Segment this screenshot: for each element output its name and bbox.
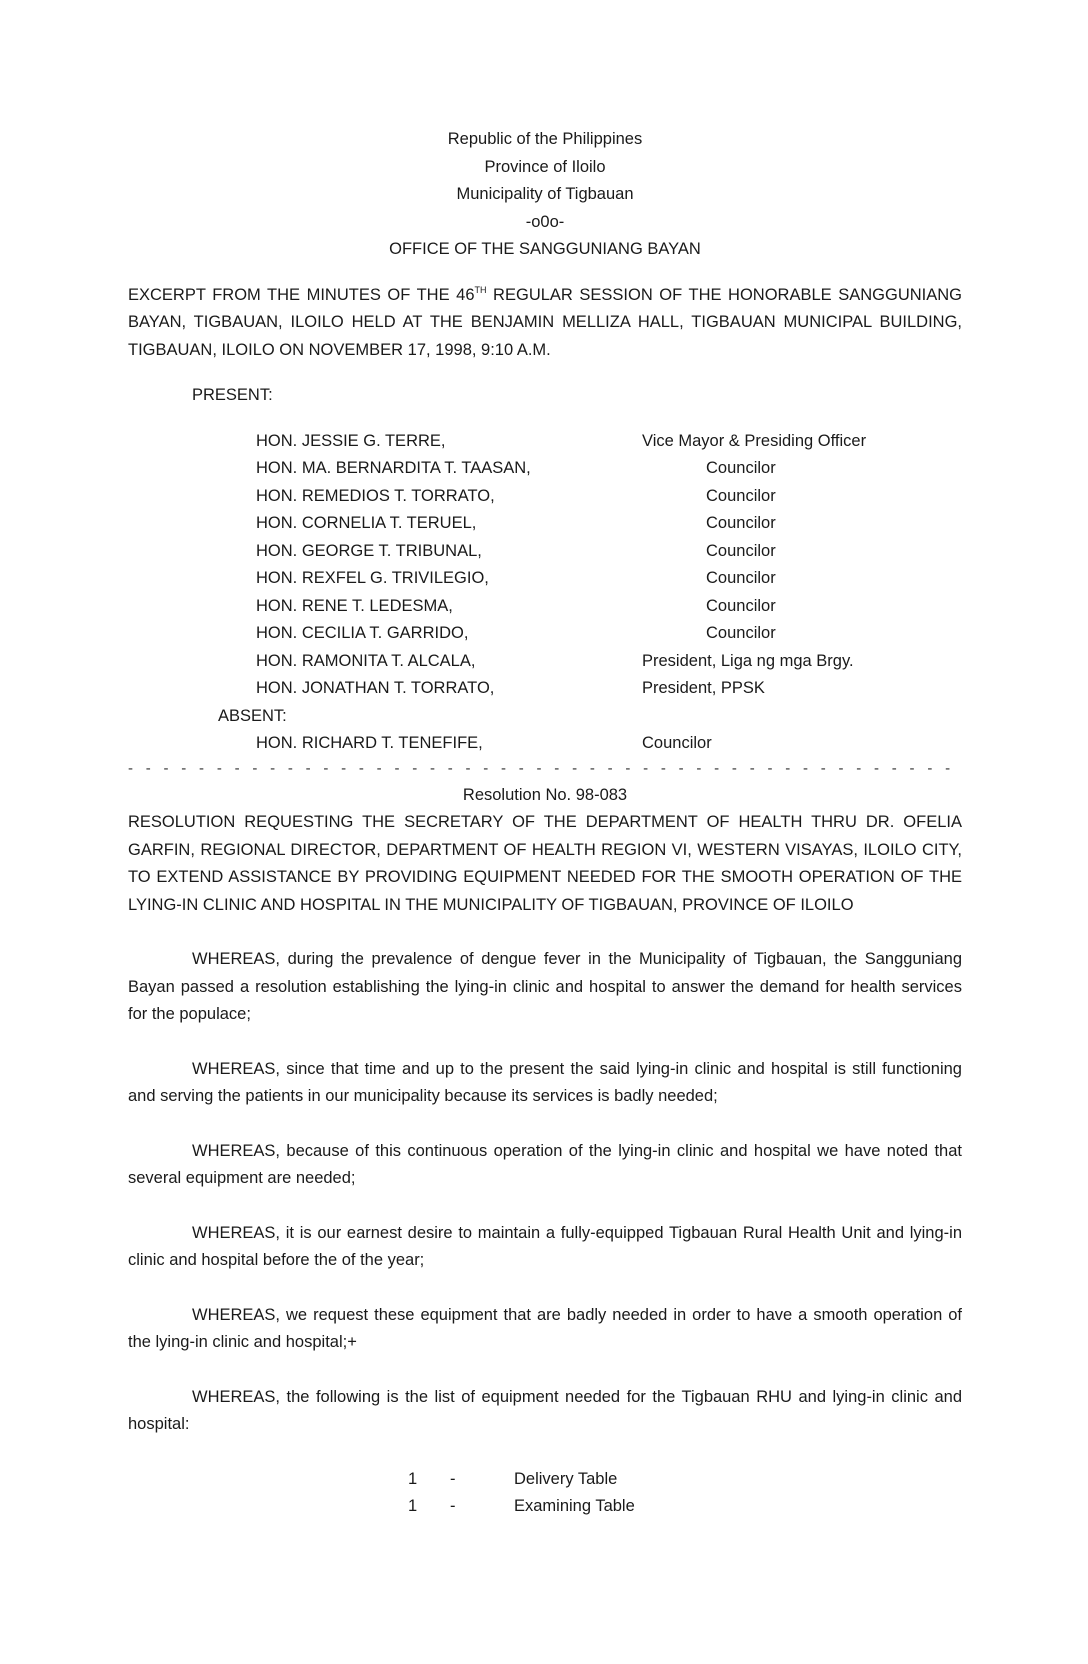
attendance-list: HON. JESSIE G. TERRE, Vice Mayor & Presi… [128, 428, 962, 758]
attendee-title: Councilor [706, 483, 776, 511]
attendee-row: HON. GEORGE T. TRIBUNAL, Councilor [128, 538, 962, 566]
letterhead-republic: Republic of the Philippines [128, 126, 962, 154]
attendee-row: HON. REXFEL G. TRIVILEGIO, Councilor [128, 565, 962, 593]
absentee-title: Councilor [642, 730, 712, 758]
equipment-dash: - [450, 1493, 456, 1521]
attendee-title: Vice Mayor & Presiding Officer [642, 428, 866, 456]
whereas-clause: WHEREAS, during the prevalence of dengue… [128, 946, 962, 1029]
attendee-name: HON. RENE T. LEDESMA, [256, 593, 453, 621]
attendee-name: HON. JONATHAN T. TORRATO, [256, 675, 494, 703]
attendee-row: HON. RAMONITA T. ALCALA, President, Liga… [128, 648, 962, 676]
whereas-clause: WHEREAS, it is our earnest desire to mai… [128, 1220, 962, 1275]
letterhead-municipality: Municipality of Tigbauan [128, 181, 962, 209]
attendee-name: HON. RAMONITA T. ALCALA, [256, 648, 475, 676]
equipment-quantity: 1 [408, 1493, 417, 1521]
letterhead-office: OFFICE OF THE SANGGUNIANG BAYAN [128, 236, 962, 264]
equipment-list: 1 - Delivery Table 1 - Examining Table [128, 1466, 962, 1521]
attendee-name: HON. JESSIE G. TERRE, [256, 428, 445, 456]
equipment-dash: - [450, 1466, 456, 1494]
attendee-title: President, Liga ng mga Brgy. [642, 648, 854, 676]
attendee-row: HON. RENE T. LEDESMA, Councilor [128, 593, 962, 621]
resolution-number: Resolution No. 98-083 [128, 782, 962, 810]
attendee-row: HON. REMEDIOS T. TORRATO, Councilor [128, 483, 962, 511]
excerpt-ordinal-suffix: TH [475, 285, 487, 295]
resolution-title: RESOLUTION REQUESTING THE SECRETARY OF T… [128, 809, 962, 919]
attendee-name: HON. CORNELIA T. TERUEL, [256, 510, 476, 538]
attendee-name: HON. GEORGE T. TRIBUNAL, [256, 538, 482, 566]
letterhead: Republic of the Philippines Province of … [128, 126, 962, 264]
attendee-name: HON. REMEDIOS T. TORRATO, [256, 483, 495, 511]
attendee-title: Councilor [706, 538, 776, 566]
attendee-row: HON. JONATHAN T. TORRATO, President, PPS… [128, 675, 962, 703]
whereas-clause: WHEREAS, since that time and up to the p… [128, 1056, 962, 1111]
dashed-divider: - - - - - - - - - - - - - - - - - - - - … [128, 762, 962, 776]
attendee-name: HON. REXFEL G. TRIVILEGIO, [256, 565, 489, 593]
equipment-name: Examining Table [514, 1493, 635, 1521]
attendee-title: Councilor [706, 510, 776, 538]
document-page: Republic of the Philippines Province of … [128, 126, 962, 1521]
equipment-item: 1 - Delivery Table [128, 1466, 962, 1494]
equipment-quantity: 1 [408, 1466, 417, 1494]
absent-label: ABSENT: [218, 703, 962, 731]
attendee-row: HON. MA. BERNARDITA T. TAASAN, Councilor [128, 455, 962, 483]
equipment-item: 1 - Examining Table [128, 1493, 962, 1521]
attendee-title: Councilor [706, 455, 776, 483]
letterhead-province: Province of Iloilo [128, 154, 962, 182]
letterhead-separator: -o0o- [128, 209, 962, 237]
attendee-title: Councilor [706, 593, 776, 621]
absentee-name: HON. RICHARD T. TENEFIFE, [256, 730, 483, 758]
minutes-excerpt-heading: EXCERPT FROM THE MINUTES OF THE 46TH REG… [128, 282, 962, 365]
attendee-title: Councilor [706, 620, 776, 648]
attendee-name: HON. CECILIA T. GARRIDO, [256, 620, 468, 648]
attendee-row: HON. JESSIE G. TERRE, Vice Mayor & Presi… [128, 428, 962, 456]
whereas-clause: WHEREAS, we request these equipment that… [128, 1302, 962, 1357]
equipment-name: Delivery Table [514, 1466, 617, 1494]
attendee-row: HON. CECILIA T. GARRIDO, Councilor [128, 620, 962, 648]
excerpt-prefix: EXCERPT FROM THE MINUTES OF THE 46 [128, 286, 475, 304]
attendee-name: HON. MA. BERNARDITA T. TAASAN, [256, 455, 531, 483]
attendee-row: HON. CORNELIA T. TERUEL, Councilor [128, 510, 962, 538]
present-label: PRESENT: [192, 382, 962, 410]
absentee-row: HON. RICHARD T. TENEFIFE, Councilor [128, 730, 962, 758]
attendee-title: President, PPSK [642, 675, 765, 703]
attendee-title: Councilor [706, 565, 776, 593]
whereas-clause: WHEREAS, because of this continuous oper… [128, 1138, 962, 1193]
whereas-clause: WHEREAS, the following is the list of eq… [128, 1384, 962, 1439]
